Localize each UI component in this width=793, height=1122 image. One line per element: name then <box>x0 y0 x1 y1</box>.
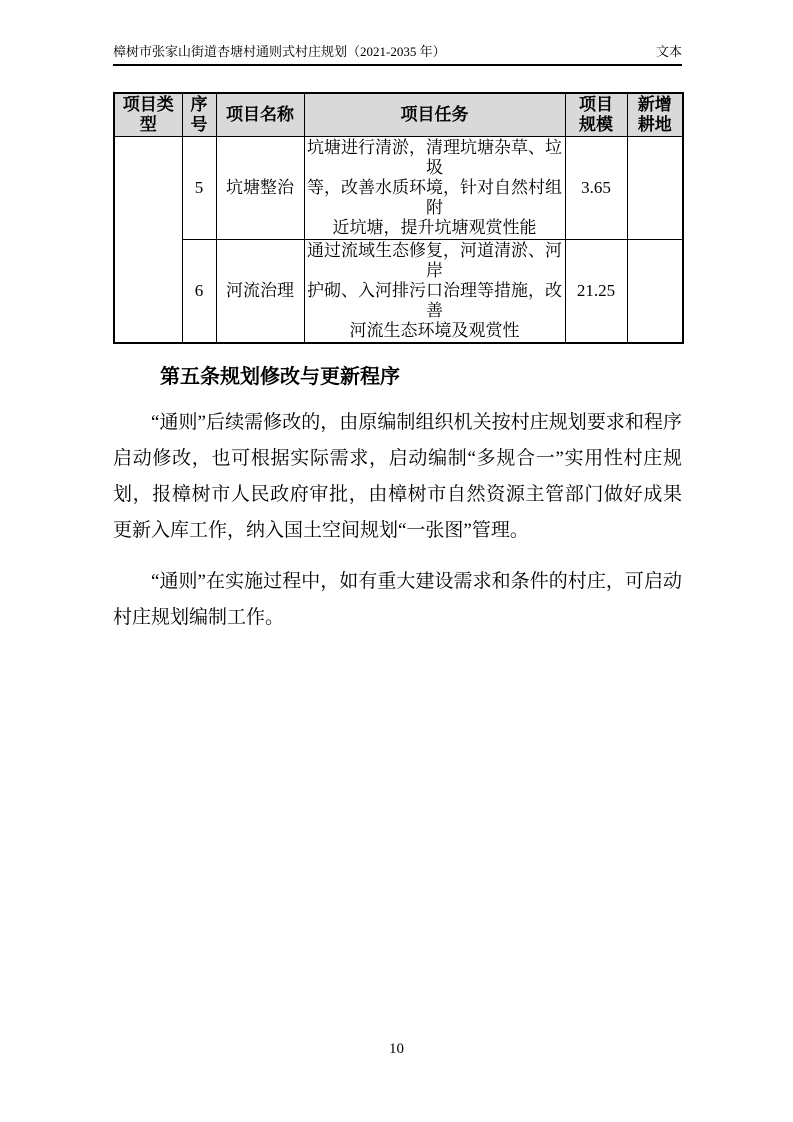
cell-no: 5 <box>182 137 216 240</box>
cell-farmland <box>627 137 683 240</box>
col-header-scale: 项目 规模 <box>565 93 627 137</box>
cell-scale: 3.65 <box>565 137 627 240</box>
document-page: 樟树市张家山街道杏塘村通则式村庄规划（2021-2035 年） 文本 项目类 型… <box>0 0 793 1122</box>
cell-farmland <box>627 240 683 344</box>
project-table: 项目类 型 序 号 项目名称 项目任务 项目 规模 新增 耕地 5 坑塘整治 坑… <box>113 92 684 344</box>
col-header-task: 项目任务 <box>304 93 565 137</box>
cell-task: 通过流域生态修复，河道清淤、河岸 护砌、入河排污口治理等措施，改善 河流生态环境… <box>304 240 565 344</box>
table-row: 5 坑塘整治 坑塘进行清淤，清理坑塘杂草、垃圾 等，改善水质环境，针对自然村组附… <box>114 137 683 240</box>
col-header-category: 项目类 型 <box>114 93 182 137</box>
cell-task: 坑塘进行清淤，清理坑塘杂草、垃圾 等，改善水质环境，针对自然村组附 近坑塘，提升… <box>304 137 565 240</box>
col-header-no: 序 号 <box>182 93 216 137</box>
cell-name: 河流治理 <box>216 240 304 344</box>
body-paragraph: “通则”在实施过程中，如有重大建设需求和条件的村庄，可启动村庄规划编制工作。 <box>113 564 682 636</box>
col-header-farmland: 新增 耕地 <box>627 93 683 137</box>
cell-name: 坑塘整治 <box>216 137 304 240</box>
col-header-name: 项目名称 <box>216 93 304 137</box>
cell-no: 6 <box>182 240 216 344</box>
section-heading: 第五条规划修改与更新程序 <box>113 364 682 390</box>
cell-category-merged <box>114 137 182 344</box>
running-header: 樟树市张家山街道杏塘村通则式村庄规划（2021-2035 年） 文本 <box>113 44 682 66</box>
header-title: 樟树市张家山街道杏塘村通则式村庄规划（2021-2035 年） <box>113 44 446 60</box>
page-number: 10 <box>0 1041 793 1058</box>
body-paragraph: “通则”后续需修改的，由原编制组织机关按村庄规划要求和程序启动修改，也可根据实际… <box>113 405 682 549</box>
table-header-row: 项目类 型 序 号 项目名称 项目任务 项目 规模 新增 耕地 <box>114 93 683 137</box>
header-doc-type: 文本 <box>656 44 682 60</box>
cell-scale: 21.25 <box>565 240 627 344</box>
table-row: 6 河流治理 通过流域生态修复，河道清淤、河岸 护砌、入河排污口治理等措施，改善… <box>114 240 683 344</box>
page-content: 樟树市张家山街道杏塘村通则式村庄规划（2021-2035 年） 文本 项目类 型… <box>113 0 682 636</box>
